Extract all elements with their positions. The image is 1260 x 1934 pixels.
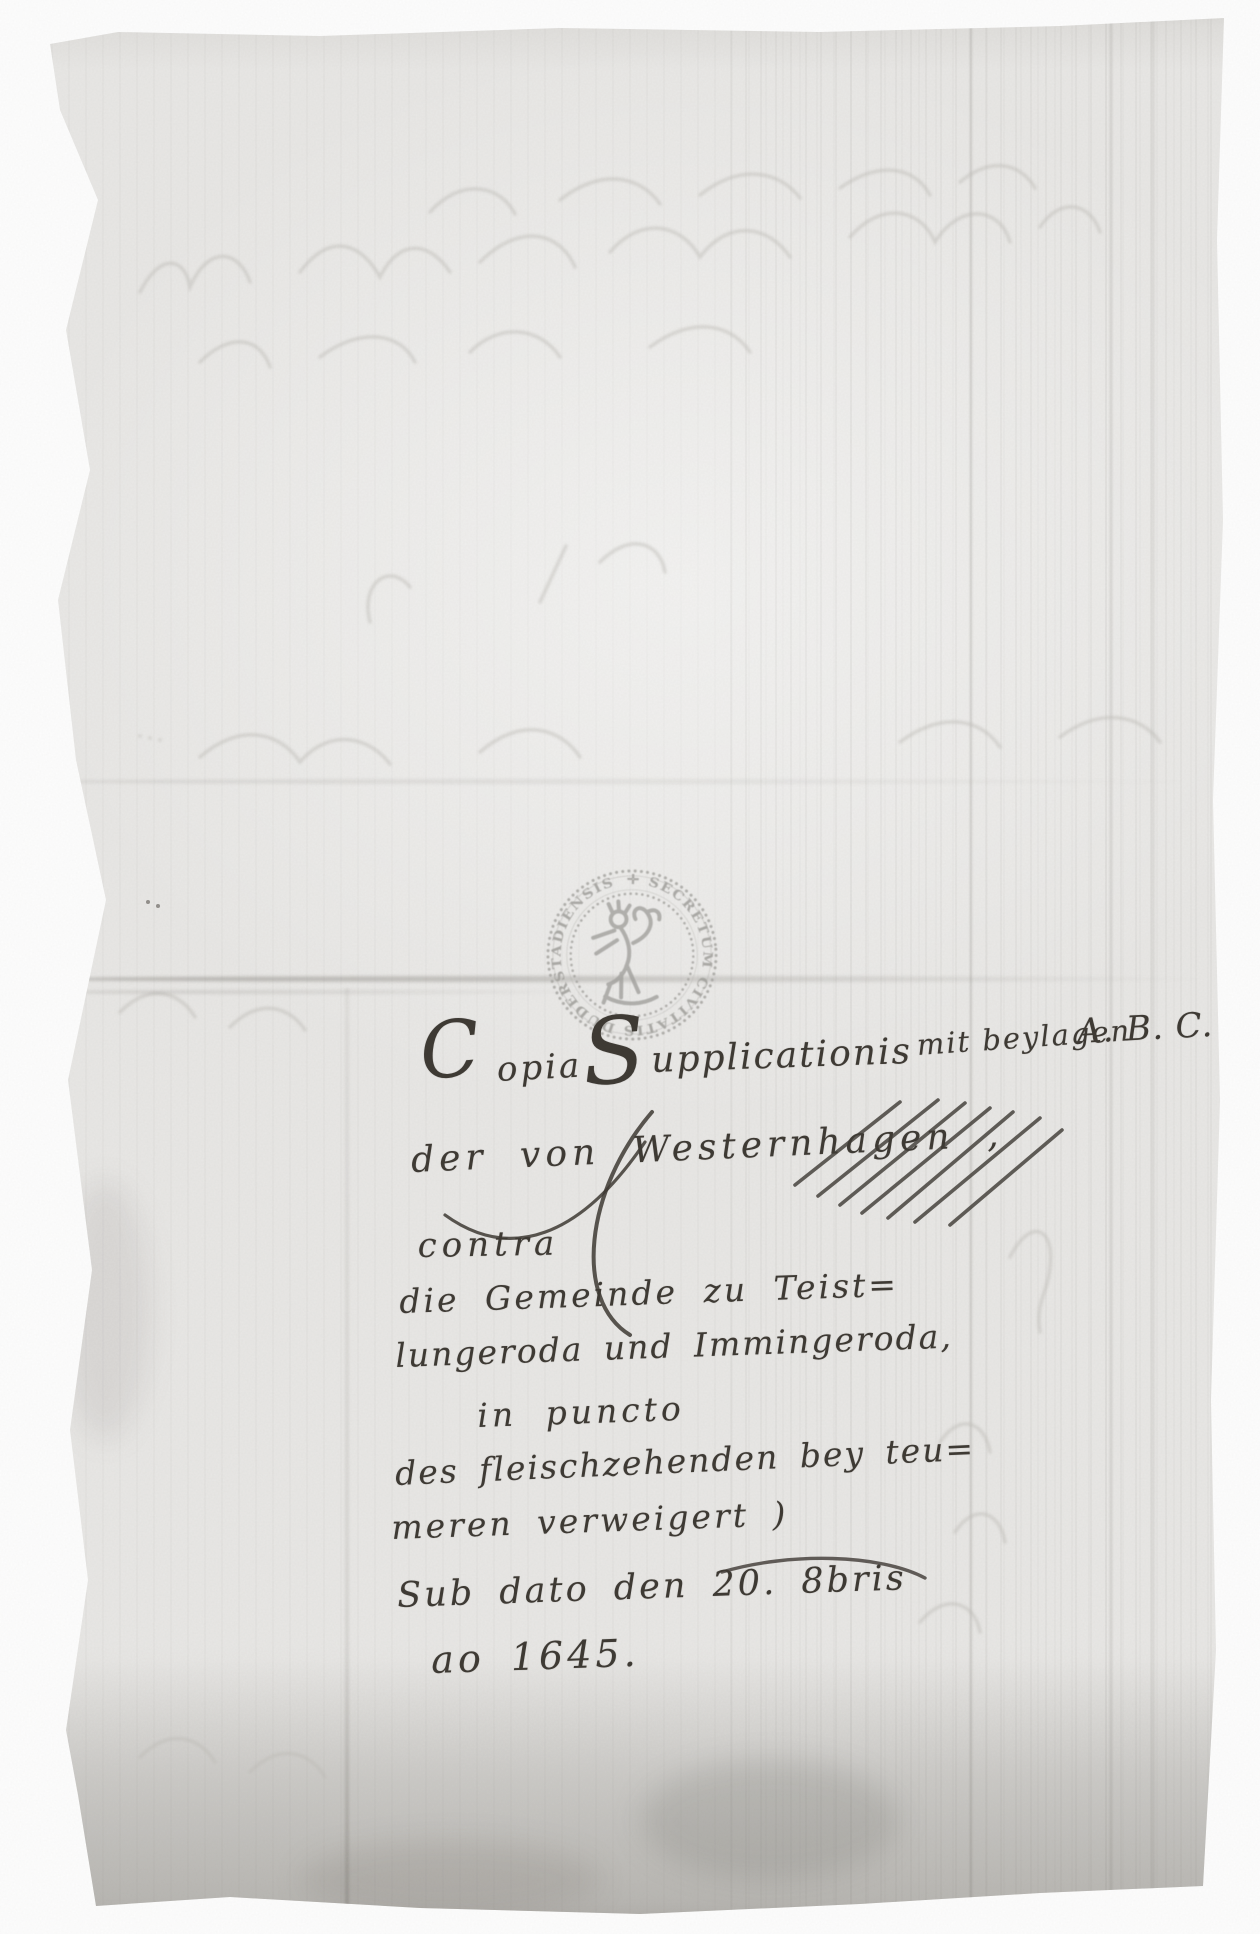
rampant-lion-emblem [591,899,666,1006]
title-supplicationis-initial: S [579,996,649,1107]
stain-blot [640,1760,900,1880]
fold-crease-horizontal-upper [40,779,1220,784]
manuscript-paper-sheet: ✛ SECRETUM CIVITATIS DUDERSTADIENSIS [0,0,1260,1934]
title-copia-rest: opia [496,1046,583,1090]
handwritten-line-in-puncto: in puncto [477,1389,686,1435]
handwritten-date-line-2: ao 1645. [430,1631,640,1682]
title-copia-initial: C [416,1003,483,1098]
bottom-soiling-shade [0,1660,1260,1920]
fold-crease-horizontal-main-shadow [60,990,620,994]
stain-blot [60,1180,150,1440]
scanned-document-page: ✛ SECRETUM CIVITATIS DUDERSTADIENSIS [0,0,1260,1934]
fold-crease-vertical [345,988,349,1916]
laid-paper-chain-lines [730,0,1225,1934]
handwritten-line-contra: contra [417,1224,559,1266]
